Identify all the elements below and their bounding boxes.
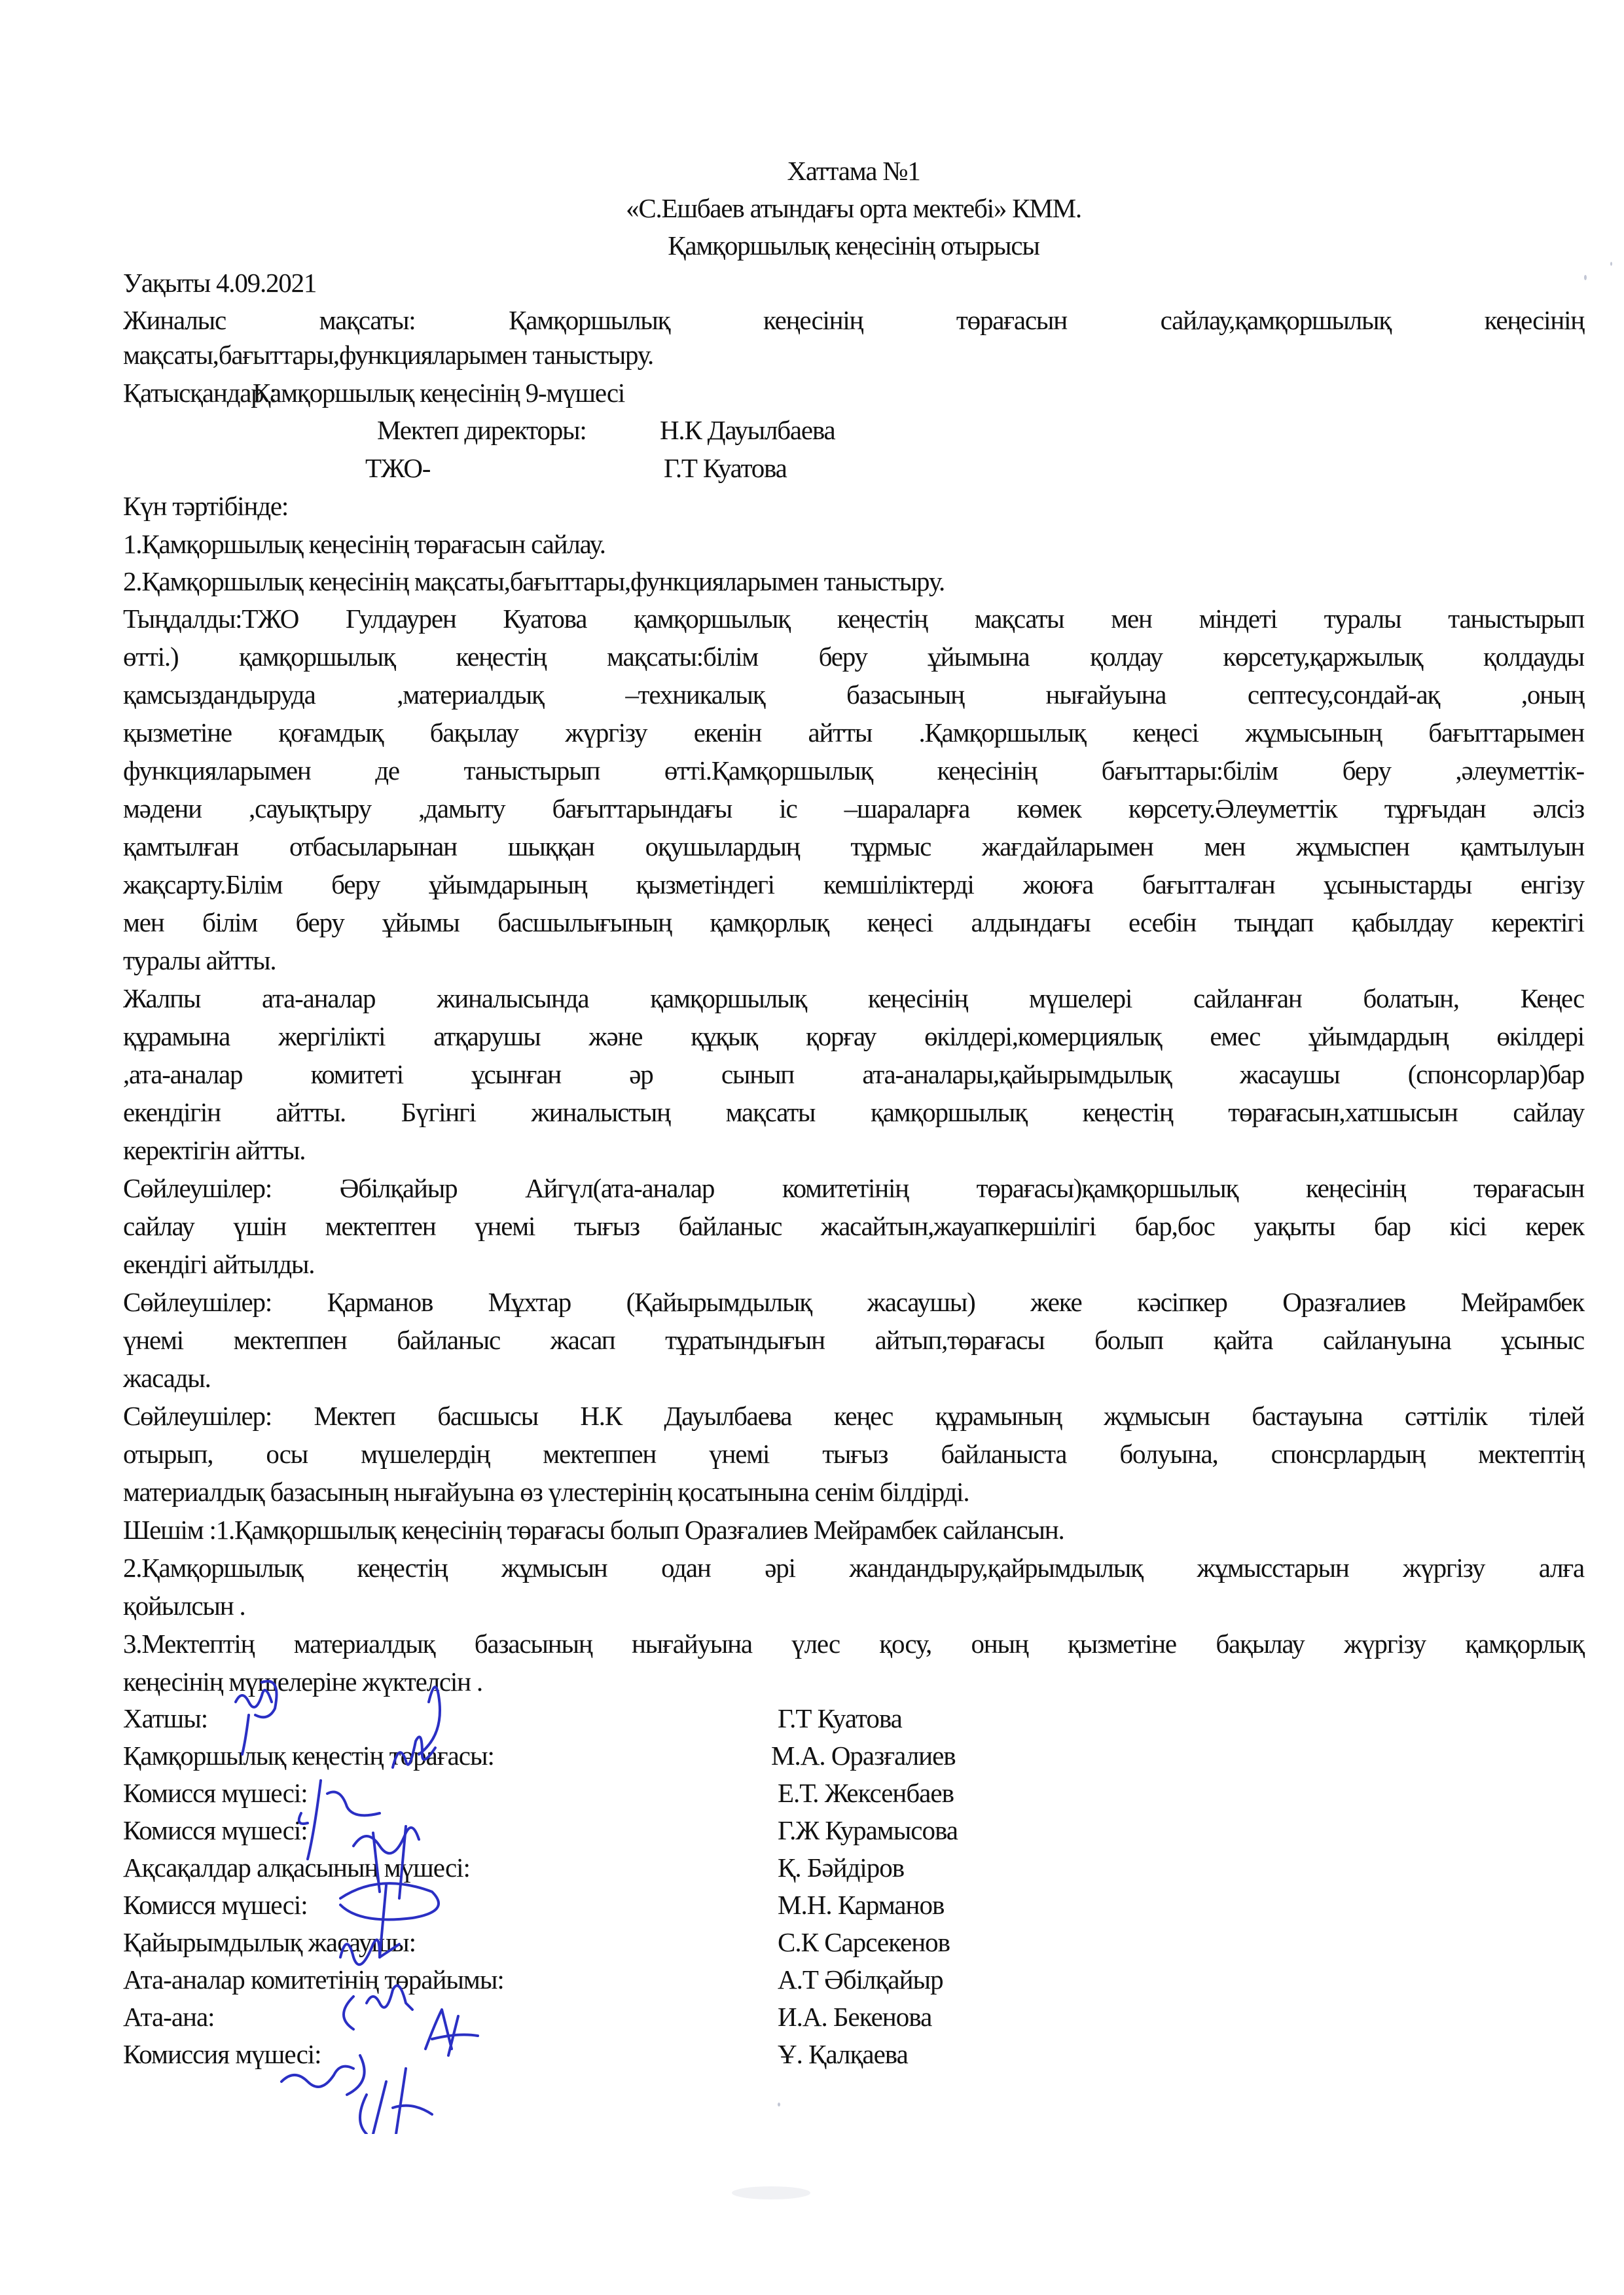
scan-speck — [1584, 275, 1587, 280]
listened-line: мәдени ,сауықтыру ,дамыту бағыттарындағы… — [123, 792, 1584, 825]
general-line: ,ата-аналар комитеті ұсынған әр сынып ат… — [123, 1058, 1584, 1091]
tjo-name: Г.Т Куатова — [664, 452, 787, 484]
decision-line: 3.Мектептің материалдық базасының нығайу… — [123, 1627, 1584, 1660]
signature-row: Хатшы: Г.Т Куатова — [123, 1702, 1584, 1741]
signature-row: Қамқоршылық кеңестің төрағасы: М.А. Ораз… — [123, 1739, 1584, 1779]
meeting-purpose-line: мақсаты,бағыттары,функцияларымен танысты… — [123, 338, 1584, 371]
listened-line: туралы айтты. — [123, 944, 1584, 977]
speaker-line: Сөйлеушілер: Қарманов Мұхтар (Қайырымдыл… — [123, 1286, 1584, 1318]
listened-line: мен білім беру ұйымы басшылығының қамқор… — [123, 906, 1584, 939]
general-line: керектігін айтты. — [123, 1134, 1584, 1166]
signatory-role: Комиссия мүшесі: — [123, 2038, 321, 2070]
scan-speck — [732, 2186, 810, 2199]
speaker-line: Сөйлеушілер: Мектеп басшысы Н.К Дауылбае… — [123, 1400, 1584, 1432]
agenda-item: 1.Қамқоршылық кеңесінің төрағасын сайлау… — [123, 528, 1584, 560]
decision-line: қойылсын . — [123, 1589, 1584, 1622]
general-line: құрамына жергілікті атқарушы және құқық … — [123, 1020, 1584, 1053]
signatory-name: М.А. Оразғалиев — [771, 1739, 956, 1772]
document-subtitle: Қамқоршылық кеңесінің отырысы — [123, 229, 1584, 262]
signatory-name: Ұ. Қалқаева — [778, 2038, 908, 2070]
meeting-purpose-line: Жиналыс мақсаты: Қамқоршылық кеңесінің т… — [123, 304, 1584, 336]
signatory-name: М.Н. Карманов — [778, 1888, 944, 1921]
listened-line: Тыңдалды:ТЖО Гулдаурен Куатова қамқоршыл… — [123, 602, 1584, 635]
signature-row: Комисся мүшесі: Г.Ж Курамысова — [123, 1814, 1584, 1853]
signatory-name: С.К Сарсекенов — [778, 1926, 950, 1959]
listened-line: қамтылған отбасыларынан шыққан оқушылард… — [123, 830, 1584, 863]
agenda-item: 2.Қамқоршылық кеңесінің мақсаты,бағыттар… — [123, 565, 1584, 598]
participants-value: Қамқоршылық кеңесінің 9-мүшесі — [253, 376, 624, 409]
listened-line: қызметіне қоғамдық бақылау жүргізу екені… — [123, 716, 1584, 749]
signature-row: Комисся мүшесі: М.Н. Карманов — [123, 1888, 1584, 1928]
general-line: екендігін айтты. Бүгінгі жиналыстың мақс… — [123, 1096, 1584, 1129]
signatory-name: Г.Т Куатова — [778, 1702, 902, 1735]
general-line: Жалпы ата-аналар жиналысында қамқоршылық… — [123, 982, 1584, 1015]
signatory-name: А.Т Әбілқайыр — [778, 1963, 943, 1996]
signatory-role: Ата-ана: — [123, 2000, 215, 2033]
listened-line: жақсарту.Білім беру ұйымдарының қызметін… — [123, 868, 1584, 901]
listened-line: өтті.) қамқоршылық кеңестің мақсаты:білі… — [123, 640, 1584, 673]
participants-row: Қатысқандар : Қамқоршылық кеңесінің 9-мү… — [123, 376, 1584, 409]
signatory-role: Ата-аналар комитетінің төрайымы: — [123, 1963, 504, 1996]
signature-row: Ата-аналар комитетінің төрайымы: А.Т Әбі… — [123, 1963, 1584, 2002]
signatory-role: Комисся мүшесі: — [123, 1777, 308, 1809]
signatory-role: Хатшы: — [123, 1702, 208, 1735]
speaker-line: екендігі айтылды. — [123, 1248, 1584, 1280]
speaker-line: отырып, осы мүшелердің мектеппен үнемі т… — [123, 1437, 1584, 1470]
agenda-heading: Күн тәртібінде: — [123, 490, 1584, 522]
director-label: Мектеп директоры: — [377, 414, 586, 446]
signatory-role: Комисся мүшесі: — [123, 1888, 308, 1921]
signatory-role: Қамқоршылық кеңестің төрағасы: — [123, 1739, 494, 1772]
signature-row: Ата-ана: И.А. Бекенова — [123, 2000, 1584, 2040]
speaker-line: Сөйлеушілер: Әбілқайыр Айгүл(ата-аналар … — [123, 1172, 1584, 1204]
signatory-role: Қайырымдылық жасаушы: — [123, 1926, 416, 1959]
speaker-line: үнемі мектеппен байланыс жасап тұратынды… — [123, 1324, 1584, 1356]
speaker-line: сайлау үшін мектептен үнемі тығыз байлан… — [123, 1210, 1584, 1242]
listened-line: функцияларымен де таныстырып өтті.Қамқор… — [123, 754, 1584, 787]
director-name: Н.К Дауылбаева — [660, 414, 835, 446]
tjo-label: ТЖО- — [365, 452, 430, 484]
signatory-role: Комисся мүшесі: — [123, 1814, 308, 1847]
signature-row: Ақсақалдар алқасының мүшесі: Қ. Бәйдіров — [123, 1851, 1584, 1890]
signature-row: Комиссия мүшесі: Ұ. Қалқаева — [123, 2038, 1584, 2077]
signatory-role: Ақсақалдар алқасының мүшесі: — [123, 1851, 470, 1884]
decision-line: Шешім :1.Қамқоршылық кеңесінің төрағасы … — [123, 1513, 1584, 1546]
meeting-date: Уақыты 4.09.2021 — [123, 266, 1584, 299]
decision-line: 2.Қамқоршылық кеңестің жұмысын одан әрі … — [123, 1551, 1584, 1584]
signatory-name: Г.Ж Курамысова — [778, 1814, 958, 1847]
scan-speck — [778, 2103, 780, 2106]
signatory-name: Қ. Бәйдіров — [778, 1851, 904, 1884]
signature-row: Комисся мүшесі: Е.Т. Жексенбаев — [123, 1777, 1584, 1816]
organization-name: «С.Ешбаев атындағы орта мектебі» КММ. — [123, 192, 1584, 225]
scan-speck — [1610, 262, 1612, 266]
speaker-line: материалдық базасының нығайуына өз үлест… — [123, 1475, 1584, 1508]
signature-row: Қайырымдылық жасаушы: С.К Сарсекенов — [123, 1926, 1584, 1965]
signatory-name: Е.Т. Жексенбаев — [778, 1777, 954, 1809]
signatory-name: И.А. Бекенова — [778, 2000, 931, 2033]
document-title: Хаттама №1 — [123, 154, 1584, 187]
decision-line: кеңесінің мүшелеріне жүктелсін . — [123, 1665, 1584, 1698]
speaker-line: жасады. — [123, 1362, 1584, 1394]
listened-line: қамсыздандыруда ,материалдық –техникалық… — [123, 678, 1584, 711]
